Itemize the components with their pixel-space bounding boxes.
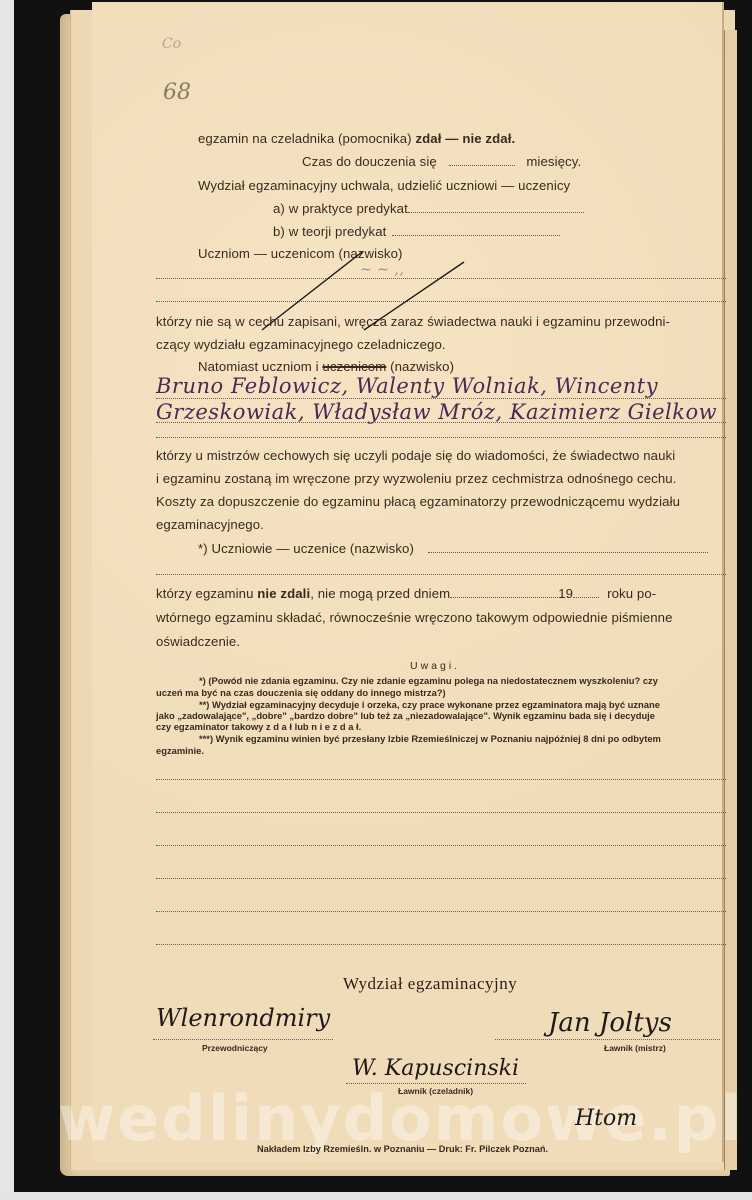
diagonal-cross-out-1 (262, 252, 362, 330)
pen-strokes (0, 0, 752, 1200)
diagonal-cross-out-2 (364, 262, 464, 330)
